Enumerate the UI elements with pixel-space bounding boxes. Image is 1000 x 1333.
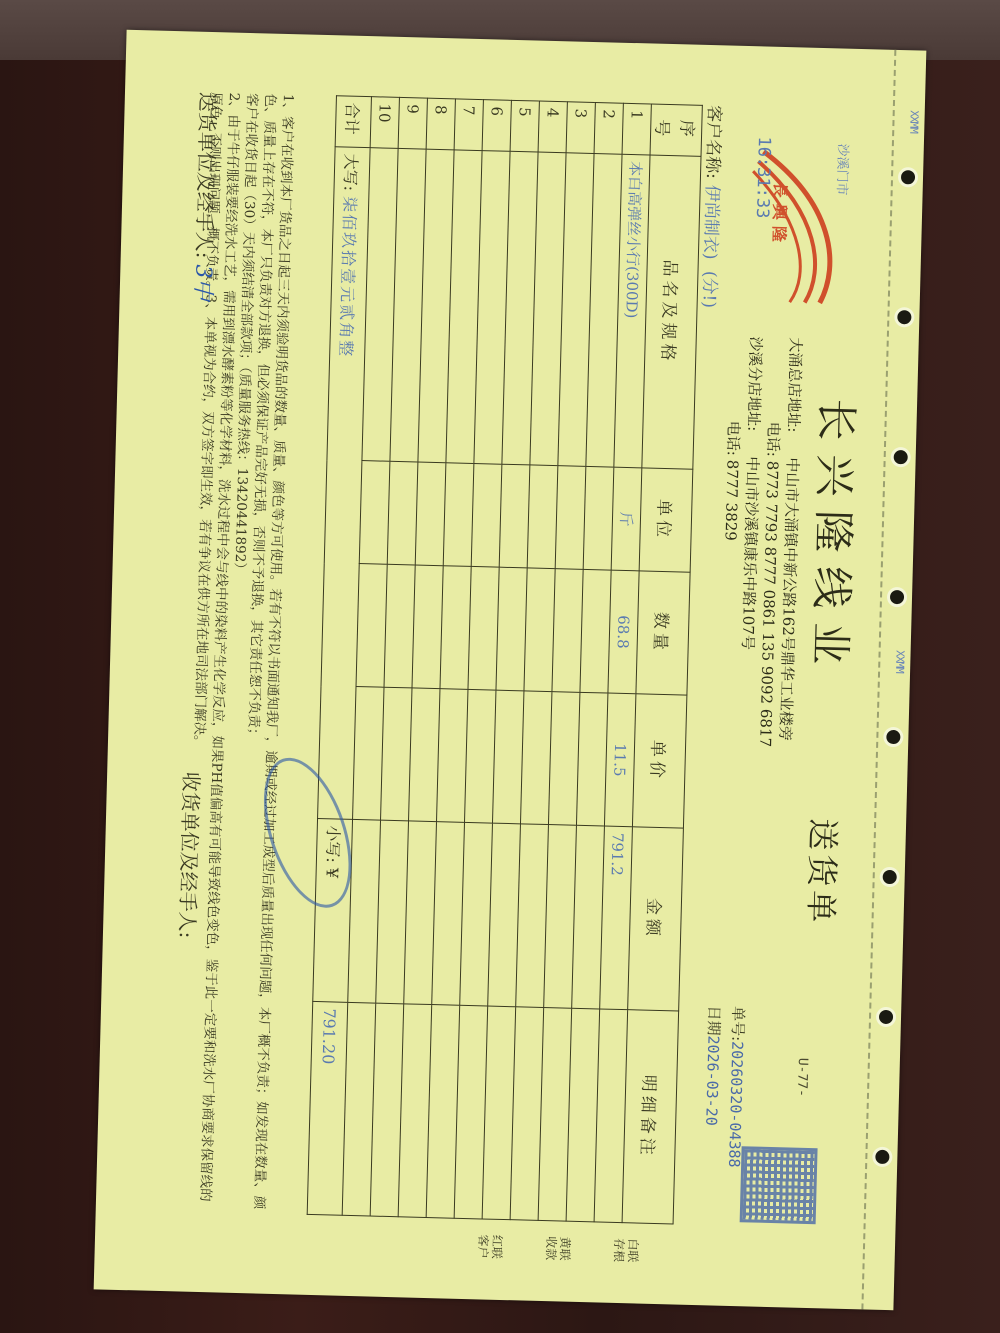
order-no: 20260320-04388 (725, 1041, 746, 1168)
cell-no: 4 (538, 101, 567, 153)
cell-amount (544, 825, 577, 1009)
cell-price (437, 689, 468, 823)
cell-price: 11.5 (604, 693, 635, 827)
cell-note (426, 1005, 460, 1219)
cell-no: 1 (622, 103, 651, 155)
document-type: 送货单 (799, 818, 848, 927)
company-name: 长兴隆线业 (802, 398, 869, 679)
date-value: 2026-03-20 (702, 1035, 722, 1126)
col-header-note: 明细备注 (622, 1010, 679, 1224)
cell-price (409, 688, 440, 822)
cell-note (538, 1007, 572, 1221)
cell-amount (376, 820, 409, 1004)
col-header-unit: 单位 (639, 468, 693, 572)
items-table: 序号 品名及规格 单位 数量 单价 金额 明细备注 1 本白高弹丝小行(300D… (307, 95, 703, 1224)
sender-signature: 3中 (190, 264, 216, 301)
cell-no: 6 (482, 100, 511, 152)
print-time: 16:31:33 (752, 136, 774, 218)
cell-unit (583, 466, 614, 570)
cell-qty (552, 569, 583, 693)
cell-qty (356, 564, 387, 688)
cell-note (594, 1009, 628, 1223)
customer-suffix: (分!) (699, 271, 720, 309)
cell-price (576, 692, 607, 826)
customer-name: 伊尚制衣) (700, 185, 722, 260)
sender-label: 送货单位及经手人: (192, 92, 220, 259)
cell-qty: 68.8 (608, 570, 639, 694)
company-logo: 沙溪门市 長興隆 (729, 141, 853, 314)
cell-amount (348, 819, 381, 1003)
cell-amount (516, 824, 549, 1008)
cell-note (510, 1007, 544, 1221)
cell-no: 3 (566, 102, 595, 154)
feed-hole (894, 450, 908, 464)
cell-no: 10 (370, 97, 399, 149)
date-line: 日期2026-03-20 (701, 1005, 725, 1126)
cell-no: 9 (398, 97, 427, 149)
cell-qty (580, 569, 611, 693)
cell-price (520, 691, 551, 825)
cell-qty (440, 566, 471, 690)
receiver-label: 收货单位及经手人: (174, 771, 207, 938)
delivery-note-paper: XXMM XXMM 沙溪门市 長興隆 16:31:33 长兴隆线业 送货单 大涌… (94, 30, 927, 1311)
cell-no: 8 (426, 98, 455, 150)
cell-amount (404, 821, 437, 1005)
cell-note (398, 1004, 432, 1218)
cell-amount (460, 822, 493, 1006)
cell-unit (499, 464, 530, 568)
feed-hole (897, 310, 911, 324)
copy-label-yellow: 黄联收款 (544, 1236, 573, 1261)
total-uppercase-label: 大写: (341, 153, 361, 191)
cell-no: 7 (454, 99, 483, 151)
cell-amount: 791.2 (600, 826, 633, 1010)
cell-no: 2 (594, 103, 623, 155)
cell-amount (488, 823, 521, 1007)
cell-price (464, 689, 495, 823)
feed-hole (886, 730, 900, 744)
cell-qty (468, 566, 499, 690)
cell-note (482, 1006, 516, 1220)
cell-unit (359, 461, 390, 565)
total-uppercase-value: 柒佰玖拾壹元贰角整 (337, 196, 360, 358)
total-label: 合计 (335, 96, 371, 148)
form-code: U-77- (794, 1058, 810, 1098)
feed-hole (901, 170, 915, 184)
cell-unit: 斤 (611, 467, 642, 571)
perforation-stamp: XXMM (907, 110, 921, 133)
cell-qty (384, 564, 415, 688)
order-no-label: 单号: (728, 1006, 747, 1042)
cell-unit (443, 463, 474, 567)
logo-branch-label: 沙溪门市 (834, 143, 854, 195)
cell-unit (527, 465, 558, 569)
cell-price (492, 690, 523, 824)
cell-note (566, 1008, 600, 1222)
customer-line: 客户名称:伊尚制衣) (分!) (699, 105, 729, 308)
cell-amount (572, 825, 605, 1009)
feed-hole (890, 590, 904, 604)
cell-price (381, 687, 412, 821)
col-header-name: 品名及规格 (642, 155, 701, 469)
col-header-no: 序号 (650, 104, 702, 156)
cell-note (370, 1003, 404, 1217)
branch-phone-label: 电话: (723, 336, 747, 461)
branch-phone: 8777 3829 (721, 460, 741, 542)
copy-labels: 白联存根 黄联收款 红联客户 (436, 1233, 641, 1262)
cell-unit (415, 462, 446, 566)
cell-unit (555, 466, 586, 570)
cell-qty (496, 567, 527, 691)
cell-no: 5 (510, 100, 539, 152)
perforation-stamp: XXMM (893, 650, 907, 673)
feed-hole (879, 1010, 893, 1024)
cell-amount (432, 822, 465, 1006)
cell-note (454, 1005, 488, 1219)
customer-label: 客户名称: (702, 105, 724, 179)
total-lowercase-value: 791.20 (307, 1001, 348, 1215)
copy-label-white: 白联存根 (612, 1238, 641, 1263)
col-header-amount: 金额 (628, 827, 684, 1011)
cell-price (353, 686, 384, 820)
cell-qty (412, 565, 443, 689)
order-number-line: 单号:20260320-04388 (724, 1006, 749, 1168)
date-label: 日期 (705, 1005, 724, 1035)
tractor-feed-strip: XXMM XXMM (863, 50, 926, 1310)
cell-price (548, 692, 579, 826)
cell-qty (524, 568, 555, 692)
feed-hole (875, 1150, 889, 1164)
qr-code-icon (740, 1146, 818, 1224)
feed-hole (883, 870, 897, 884)
col-header-qty: 数量 (636, 571, 690, 695)
copy-label-red: 红联客户 (476, 1234, 505, 1259)
cell-unit (471, 463, 502, 567)
col-header-price: 单价 (632, 694, 686, 828)
cell-note (342, 1002, 376, 1216)
cell-unit (387, 461, 418, 565)
